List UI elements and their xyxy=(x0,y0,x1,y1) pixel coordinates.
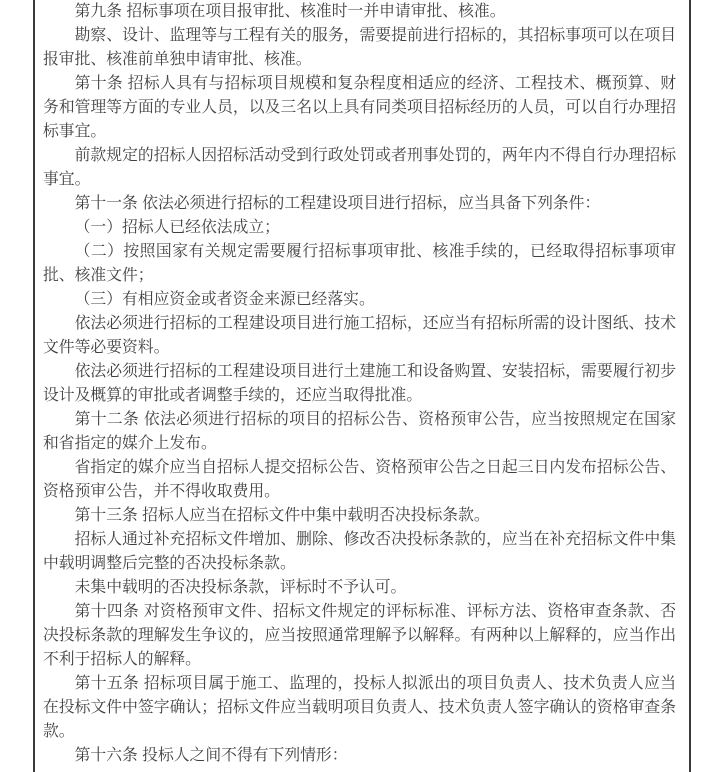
paragraph: 前款规定的招标人因招标活动受到行政处罚或者刑事处罚的，两年内不得自行办理招标事宜… xyxy=(43,144,676,192)
document-body: 第九条 招标事项在项目报审批、核准时一并申请审批、核准。勘察、设计、监理等与工程… xyxy=(43,0,676,768)
paragraph: 勘察、设计、监理等与工程有关的服务，需要提前进行招标的，其招标事项可以在项目报审… xyxy=(43,24,676,72)
paragraph: 第十四条 对资格预审文件、招标文件规定的评标标准、评标方法、资格审查条款、否决投… xyxy=(43,600,676,672)
left-border-line xyxy=(33,0,35,772)
paragraph: （二）按照国家有关规定需要履行招标事项审批、核准手续的，已经取得招标事项审批、核… xyxy=(43,240,676,288)
paragraph: 第十条 招标人具有与招标项目规模和复杂程度相适应的经济、工程技术、概预算、财务和… xyxy=(43,72,676,144)
paragraph: 招标人通过补充招标文件增加、删除、修改否决投标条款的，应当在补充招标文件中集中载… xyxy=(43,528,676,576)
paragraph: 省指定的媒介应当自招标人提交招标公告、资格预审公告之日起三日内发布招标公告、资格… xyxy=(43,456,676,504)
paragraph: 依法必须进行招标的工程建设项目进行土建施工和设备购置、安装招标，需要履行初步设计… xyxy=(43,360,676,408)
paragraph: （一）招标人已经依法成立； xyxy=(43,216,676,240)
right-border-line xyxy=(689,0,691,772)
paragraph: 第十六条 投标人之间不得有下列情形： xyxy=(43,744,676,768)
paragraph: 第九条 招标事项在项目报审批、核准时一并申请审批、核准。 xyxy=(43,0,676,24)
paragraph: 未集中载明的否决投标条款，评标时不予认可。 xyxy=(43,576,676,600)
paragraph: 第十三条 招标人应当在招标文件中集中载明否决投标条款。 xyxy=(43,504,676,528)
document-page: 第九条 招标事项在项目报审批、核准时一并申请审批、核准。勘察、设计、监理等与工程… xyxy=(0,0,717,772)
paragraph: 第十二条 依法必须进行招标的项目的招标公告、资格预审公告，应当按照规定在国家和省… xyxy=(43,408,676,456)
paragraph: 第十一条 依法必须进行招标的工程建设项目进行招标，应当具备下列条件： xyxy=(43,192,676,216)
paragraph: （三）有相应资金或者资金来源已经落实。 xyxy=(43,288,676,312)
paragraph: 第十五条 招标项目属于施工、监理的，投标人拟派出的项目负责人、技术负责人应当在投… xyxy=(43,672,676,744)
paragraph: 依法必须进行招标的工程建设项目进行施工招标，还应当有招标所需的设计图纸、技术文件… xyxy=(43,312,676,360)
